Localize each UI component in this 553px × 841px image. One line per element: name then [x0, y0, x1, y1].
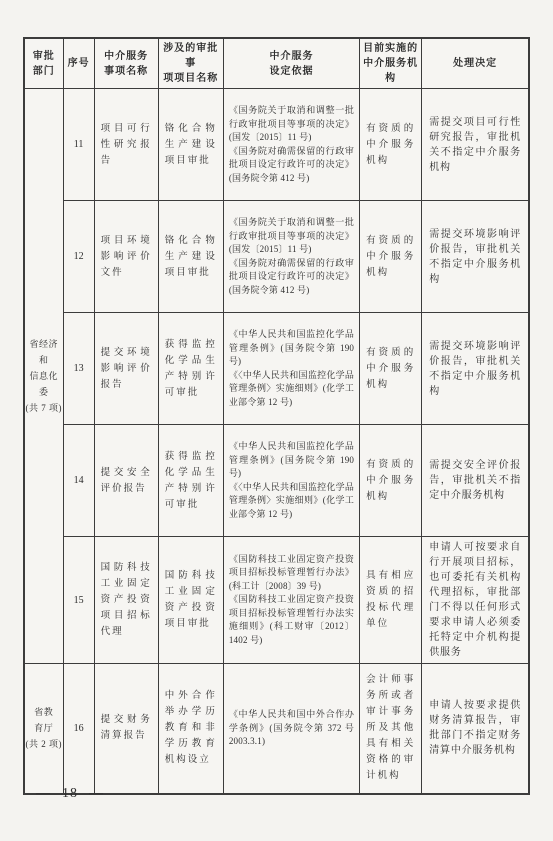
service-name-cell: 项目可行性研究报告: [94, 89, 158, 201]
decision-cell: 申请人可按要求自行开展项目招标，也可委托有关机构代理招标，审批部门不得以任何形式…: [422, 537, 529, 664]
table-row-14: 14 提交安全评价报告 获得监控化学品生产特别许可审批 《中华人民共和国监控化学…: [24, 425, 529, 537]
project-name-cell: 获得监控化学品生产特别许可审批: [158, 313, 223, 425]
row-number-cell: 14: [63, 425, 94, 537]
row-number-cell: 16: [63, 664, 94, 794]
agency-cell: 有资质的中介服务机构: [360, 313, 422, 425]
table-row-12: 12 项目环境影响评价文件 铬化合物生产建设项目审批 《国务院关于取消和调整一批…: [24, 201, 529, 313]
row-number-cell: 11: [63, 89, 94, 201]
basis-cell: 《国防科技工业固定资产投资项目招标投标管理暂行办法》(科工计〔2008〕39 号…: [223, 537, 359, 664]
page-number: 18: [62, 786, 78, 802]
basis-cell: 《国务院关于取消和调整一批行政审批项目等事项的决定》(国发〔2015〕11 号)…: [223, 201, 359, 313]
project-name-cell: 获得监控化学品生产特别许可审批: [158, 425, 223, 537]
service-name-cell: 国防科技工业固定资产投资项目招标代理: [94, 537, 158, 664]
row-number-cell: 15: [63, 537, 94, 664]
page-footer: — 18 —: [36, 786, 104, 802]
project-name-cell: 铬化合物生产建设项目审批: [158, 201, 223, 313]
basis-cell: 《中华人民共和国监控化学品管理条例》(国务院令第 190 号) 《〈中华人民共和…: [223, 313, 359, 425]
decision-cell: 需提交环境影响评价报告，审批机关不指定中介服务机构: [422, 201, 529, 313]
table-row-16: 省教 育厅 (共 2 项) 16 提交财务清算报告 中外合作举办学历教育和非学历…: [24, 664, 529, 794]
agency-cell: 有资质的中介服务机构: [360, 201, 422, 313]
table-header-row: 审批 部门 序号 中介服务 事项名称 涉及的审批事 项项目名称 中介服务 设定依…: [24, 38, 529, 89]
footer-dash-left: —: [36, 786, 51, 802]
agency-cell: 会计师事务所或者审计事务所及其他具有相关资格的审计机构: [360, 664, 422, 794]
decision-cell: 申请人按要求提供财务清算报告，审批部门不指定财务清算中介服务机构: [422, 664, 529, 794]
table-row-15: 15 国防科技工业固定资产投资项目招标代理 国防科技工业固定资产投资项目审批 《…: [24, 537, 529, 664]
service-name-cell: 提交安全评价报告: [94, 425, 158, 537]
header-service-item-name: 中介服务 事项名称: [94, 38, 158, 89]
header-related-project-name: 涉及的审批事 项项目名称: [158, 38, 223, 89]
decision-cell: 需提交项目可行性研究报告，审批机关不指定中介服务机构: [422, 89, 529, 201]
header-decision: 处理决定: [422, 38, 529, 89]
header-approval-department: 审批 部门: [24, 38, 63, 89]
row-number-cell: 13: [63, 313, 94, 425]
document-page: 审批 部门 序号 中介服务 事项名称 涉及的审批事 项项目名称 中介服务 设定依…: [0, 0, 553, 841]
service-name-cell: 提交环境影响评价报告: [94, 313, 158, 425]
decision-cell: 需提交环境影响评价报告，审批机关不指定中介服务机构: [422, 313, 529, 425]
agency-cell: 有资质的中介服务机构: [360, 89, 422, 201]
header-current-agencies: 目前实施的 中介服务机构: [360, 38, 422, 89]
footer-dash-right: —: [89, 786, 104, 802]
project-name-cell: 铬化合物生产建设项目审批: [158, 89, 223, 201]
row-number-cell: 12: [63, 201, 94, 313]
header-setting-basis: 中介服务 设定依据: [223, 38, 359, 89]
project-name-cell: 中外合作举办学历教育和非学历教育机构设立: [158, 664, 223, 794]
decision-cell: 需提交安全评价报告，审批机关不指定中介服务机构: [422, 425, 529, 537]
basis-cell: 《中华人民共和国中外合作办学条例》(国务院令第 372 号 2003.3.1): [223, 664, 359, 794]
department-cell-education: 省教 育厅 (共 2 项): [24, 664, 63, 794]
table-row-13: 13 提交环境影响评价报告 获得监控化学品生产特别许可审批 《中华人民共和国监控…: [24, 313, 529, 425]
table-row-11: 省经济和 信息化委 (共 7 项) 11 项目可行性研究报告 铬化合物生产建设项…: [24, 89, 529, 201]
agency-cell: 有资质的中介服务机构: [360, 425, 422, 537]
project-name-cell: 国防科技工业固定资产投资项目审批: [158, 537, 223, 664]
service-name-cell: 提交财务清算报告: [94, 664, 158, 794]
intermediary-services-table: 审批 部门 序号 中介服务 事项名称 涉及的审批事 项项目名称 中介服务 设定依…: [23, 37, 530, 795]
service-name-cell: 项目环境影响评价文件: [94, 201, 158, 313]
basis-cell: 《国务院关于取消和调整一批行政审批项目等事项的决定》(国发〔2015〕11 号)…: [223, 89, 359, 201]
agency-cell: 具有相应资质的招投标代理单位: [360, 537, 422, 664]
department-cell-economy-it: 省经济和 信息化委 (共 7 项): [24, 89, 63, 664]
basis-cell: 《中华人民共和国监控化学品管理条例》(国务院令第 190 号) 《〈中华人民共和…: [223, 425, 359, 537]
header-serial-number: 序号: [63, 38, 94, 89]
